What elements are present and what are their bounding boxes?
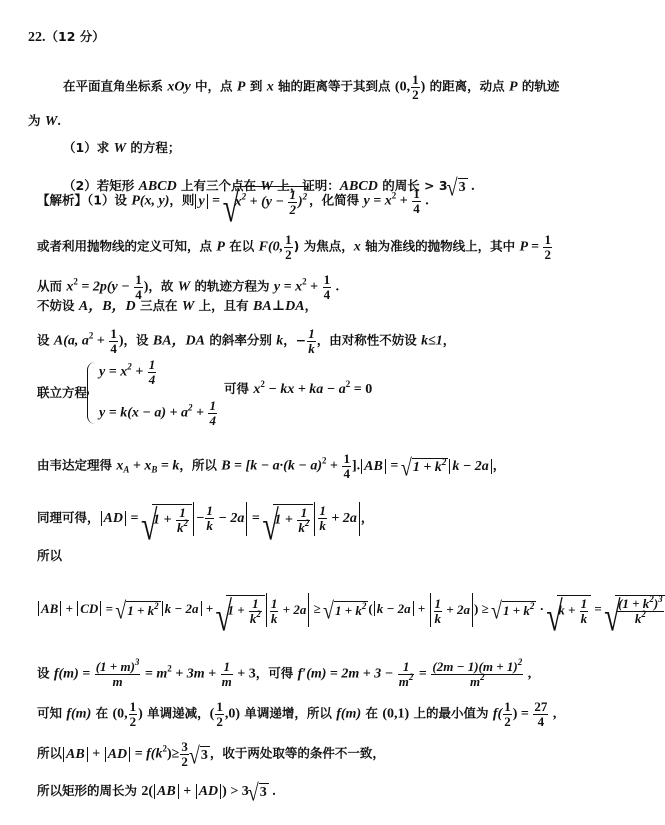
text: 在平面直角坐标系: [63, 79, 167, 94]
solution-line-8: 同理可得，AD = 1 + 1k2−1k − 2a = 1 + 1k21k + …: [37, 502, 373, 536]
math-W: W: [114, 141, 126, 156]
math: (0,: [395, 80, 410, 95]
text: 的方程；: [126, 140, 180, 155]
solution-line-14: 所以矩形的周长为 2(AB + AD) > 33 .: [37, 783, 276, 801]
fraction: 14: [323, 273, 332, 302]
sqrt: 1 + 1k2: [263, 504, 313, 535]
text: ，所以: [179, 458, 221, 473]
math: P(x, y): [131, 194, 169, 209]
abs-y: y: [195, 194, 207, 209]
text: ，化简得: [309, 193, 363, 208]
text: 三点在: [136, 298, 182, 313]
sqrt: 1 + 1k2: [142, 504, 192, 535]
text: ，: [305, 298, 318, 313]
abs: 1k + 2a: [314, 502, 359, 536]
math-x: x: [267, 80, 274, 95]
text: 所以: [37, 746, 62, 761]
problem-header: 22.（12 分）: [28, 29, 105, 46]
problem-number: 22.: [28, 30, 46, 45]
solution-line-10: AB + CD = 1 + k2k − 2a + 1 + 1k21k + 2a …: [37, 593, 665, 627]
math: W: [178, 280, 190, 295]
fraction: 14: [109, 327, 118, 356]
fraction: 12: [284, 233, 293, 262]
text: .: [57, 114, 61, 129]
math: F(0,: [259, 240, 284, 255]
math: P: [216, 240, 225, 255]
text: ，收于两处取等的条件不一致，: [210, 746, 385, 761]
math: P =: [519, 240, 542, 255]
math: BA，DA: [153, 334, 205, 349]
math-P: P: [509, 80, 518, 95]
solution-line-11: 设 f(m) = (1 + m)3m = m2 + 3m + 1m + 3，可得…: [37, 660, 531, 689]
system-row-2: y = k(x − a) + a2 + 14: [99, 399, 218, 428]
sqrt: x2 + (y − 12)2: [224, 186, 310, 217]
left-brace: [87, 362, 96, 424]
math: A，B，D: [79, 299, 136, 314]
text: ，−: [283, 333, 306, 348]
question-1: （1）求 W 的方程；: [63, 140, 180, 157]
text: ，设: [124, 333, 153, 348]
math: B = [k − a·(k − a): [221, 459, 322, 474]
question-label: （1）: [63, 140, 97, 155]
problem-points: （12 分）: [46, 29, 105, 44]
system-rows: y = x2 + 14 y = k(x − a) + a2 + 14: [99, 358, 218, 428]
text: 可知: [37, 706, 66, 721]
problem-statement-line1: 在平面直角坐标系 xOy 中，点 P 到 x 轴的距离等于其到点 (0,12) …: [63, 73, 559, 102]
solution-line-5: 设 A(a, a2 + 14)，设 BA，DA 的斜率分别 k，−1k，由对称性…: [37, 327, 455, 356]
text: 轴为准线的抛物线上，其中: [361, 239, 520, 254]
text: 上，且有: [194, 298, 253, 313]
text: ，: [443, 333, 456, 348]
text: 在以: [225, 239, 259, 254]
text: 求: [97, 140, 114, 155]
fraction: 12: [543, 233, 552, 262]
system-row-1: y = x2 + 14: [99, 358, 218, 387]
text: ，可得: [256, 666, 298, 681]
solution-line-2: 或者利用抛物线的定义可知，点 P 在以 F(0,12) 为焦点，x 轴为准线的抛…: [37, 233, 553, 262]
system-result: 可得 x2 − kx + ka − a2 = 0: [224, 381, 372, 398]
fraction-one-half: 12: [411, 73, 420, 102]
text: 的距离，动点: [425, 79, 509, 94]
solution-line-9: 所以: [37, 548, 62, 565]
analysis-tag: 【解析】: [37, 193, 87, 208]
text: 联立方程: [37, 385, 87, 401]
text: ，则: [169, 193, 194, 208]
text: 设: [37, 333, 54, 348]
fraction: 14: [412, 187, 421, 216]
math: = 2p(y −: [78, 280, 133, 295]
text: 的轨迹方程为: [190, 279, 274, 294]
sqrt: 3: [448, 178, 468, 196]
abs: −1k − 2a: [193, 502, 247, 536]
text: 设: [37, 666, 54, 681]
text: 从而: [37, 279, 66, 294]
text: 所以矩形的周长为: [37, 783, 141, 798]
math: y = x: [274, 280, 302, 295]
text: ，由对称性不妨设: [317, 333, 421, 348]
solution-line-1: 【解析】（1）设 P(x, y)，则y = x2 + (y − 12)2，化简得…: [37, 186, 429, 217]
solution-line-13: 所以AB + AD = f(k2)≥323，收于两处取等的条件不一致，: [37, 740, 385, 769]
math: A(a, a: [54, 334, 89, 349]
solution-line-12: 可知 f(m) 在 (0,12) 单调递减，(12,0) 单调递增，所以 f(m…: [37, 700, 556, 729]
abs-AD: AD: [101, 511, 126, 526]
math: y = x: [364, 194, 392, 209]
text: （1）: [87, 193, 114, 208]
text: 不妨设: [37, 298, 79, 313]
text: 由韦达定理得: [37, 458, 116, 473]
text: 所以: [37, 548, 62, 563]
math: W: [182, 299, 194, 314]
text: 轴的距离等于其到点: [274, 79, 395, 94]
math-xoy: xOy: [167, 80, 190, 95]
text: ，故: [148, 279, 177, 294]
text: 或者利用抛物线的定义可知，点: [37, 239, 216, 254]
text: 到: [245, 79, 266, 94]
abs: k − 2a: [449, 459, 491, 474]
text: 的轨迹: [518, 79, 560, 94]
solution-line-4: 不妨设 A，B，D 三点在 W 上，且有 BA⊥DA，: [37, 298, 317, 315]
math-W: W: [45, 114, 57, 129]
text: 设: [114, 193, 131, 208]
solution-line-7: 由韦达定理得 xA + xB = k，所以 B = [k − a·(k − a)…: [37, 452, 505, 481]
math: BA⊥DA: [253, 299, 305, 314]
sqrt: 1 + k2: [402, 458, 448, 476]
abs-AB: AB: [361, 459, 386, 474]
math: x: [354, 240, 361, 255]
text: 的斜率分别: [205, 333, 276, 348]
math: =: [209, 194, 224, 209]
equation-system: 联立方程 y = x2 + 14 y = k(x − a) + a2 + 14 …: [37, 358, 372, 428]
text: .: [468, 179, 475, 194]
text: 中，点: [191, 79, 237, 94]
problem-statement-line2: 为 W.: [28, 113, 61, 130]
fraction: 1k: [307, 327, 316, 356]
math: k≤1: [421, 334, 443, 349]
text: 同理可得，: [37, 510, 100, 525]
text: ) 为焦点，: [294, 239, 354, 254]
text: 为: [28, 113, 45, 128]
